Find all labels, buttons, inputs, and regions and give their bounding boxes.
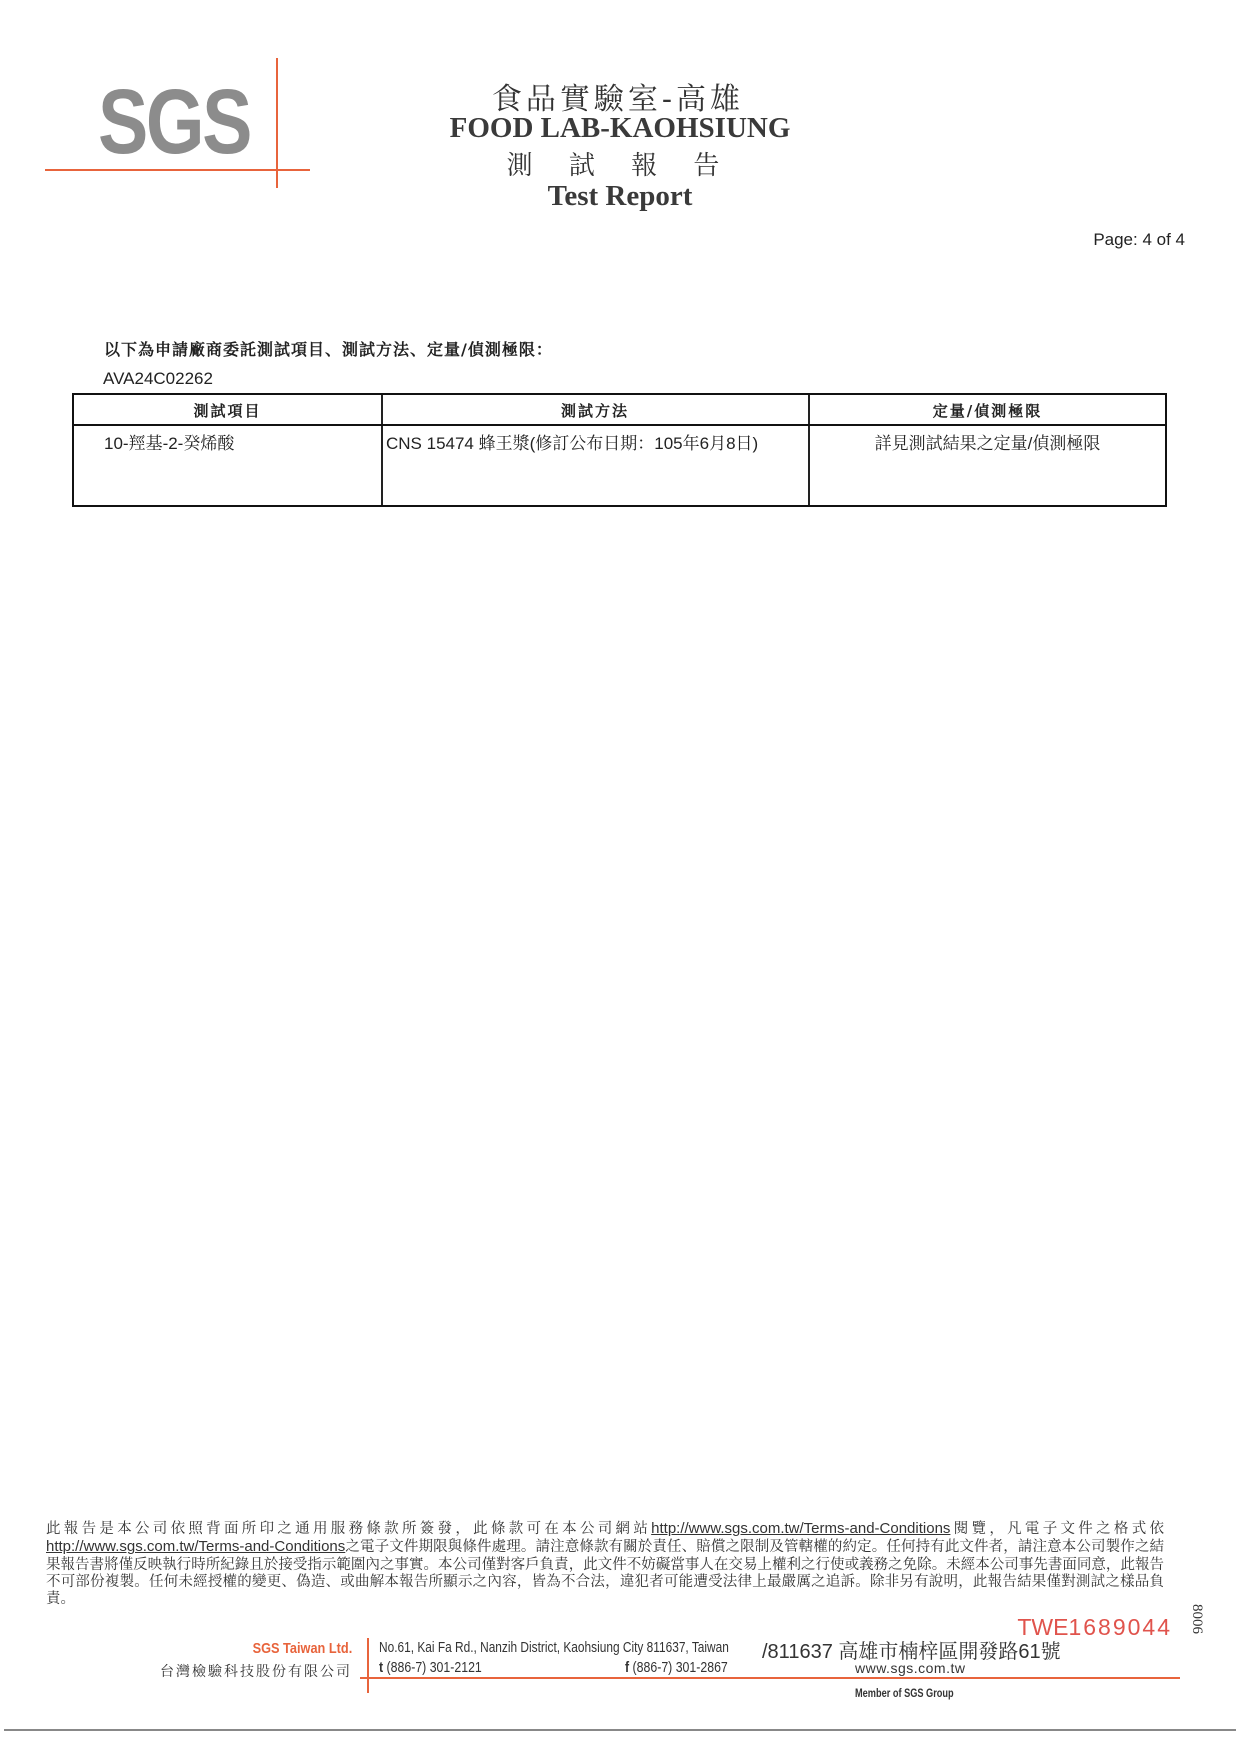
report-title-cn: 測 試 報 告 bbox=[0, 145, 1240, 182]
column-header-test-method: 測試方法 bbox=[382, 398, 808, 424]
serial-digits: 1689044 bbox=[1068, 1614, 1172, 1640]
footer-horizontal-rule bbox=[360, 1677, 1180, 1679]
report-number: AVA24C02262 bbox=[103, 369, 213, 389]
company-name-cn: 台灣檢驗科技股份有限公司 bbox=[160, 1661, 352, 1681]
terms-link[interactable]: http://www.sgs.com.tw/Terms-and-Conditio… bbox=[46, 1538, 345, 1555]
side-code: 8006 bbox=[1188, 1604, 1205, 1634]
fax-value: (886-7) 301-2867 bbox=[633, 1660, 728, 1676]
telephone: t (886-7) 301-2121 bbox=[379, 1660, 482, 1676]
table-cell-test-method: CNS 15474 蜂王漿(修訂公布日期：105年6月8日) bbox=[386, 429, 758, 454]
fax: f (886-7) 301-2867 bbox=[625, 1660, 728, 1676]
page-number: Page: 4 of 4 bbox=[1093, 230, 1185, 250]
page-bottom-rule bbox=[4, 1729, 1236, 1731]
fax-label: f bbox=[625, 1660, 629, 1676]
column-header-lod: 定量/偵測極限 bbox=[810, 398, 1165, 424]
company-name-en: SGS Taiwan Ltd. bbox=[252, 1640, 352, 1657]
terms-link[interactable]: http://www.sgs.com.tw/Terms-and-Conditio… bbox=[651, 1520, 950, 1537]
footer-vertical-rule bbox=[367, 1638, 369, 1693]
disclaimer-text: 此報告是本公司依照背面所印之通用服務條款所簽發，此條款可在本公司網站 bbox=[46, 1521, 651, 1537]
table-cell-lod: 詳見測試結果之定量/偵測極限 bbox=[810, 429, 1165, 454]
report-title-en: Test Report bbox=[0, 180, 1240, 213]
intro-text: 以下為申請廠商委託測試項目、測試方法、定量/偵測極限： bbox=[104, 337, 553, 360]
legal-disclaimer: 此報告是本公司依照背面所印之通用服務條款所簽發，此條款可在本公司網站http:/… bbox=[46, 1520, 1164, 1608]
address-en: No.61, Kai Fa Rd., Nanzih District, Kaoh… bbox=[379, 1640, 729, 1656]
table-cell-test-item: 10-羥基-2-癸烯酸 bbox=[104, 429, 234, 454]
test-method-table: 測試項目 測試方法 定量/偵測極限 10-羥基-2-癸烯酸 CNS 15474 … bbox=[72, 393, 1167, 507]
disclaimer-text: 閱覽，凡電子文件之格式依 bbox=[950, 1521, 1164, 1537]
member-of-sgs-group: Member of SGS Group bbox=[855, 1688, 954, 1700]
website-link[interactable]: www.sgs.com.tw bbox=[855, 1660, 965, 1676]
header-row-divider bbox=[74, 424, 1165, 426]
lab-name-en: FOOD LAB-KAOHSIUNG bbox=[0, 112, 1240, 145]
tel-label: t bbox=[379, 1660, 383, 1676]
tel-value: (886-7) 301-2121 bbox=[387, 1660, 482, 1676]
column-header-test-item: 測試項目 bbox=[74, 398, 381, 424]
